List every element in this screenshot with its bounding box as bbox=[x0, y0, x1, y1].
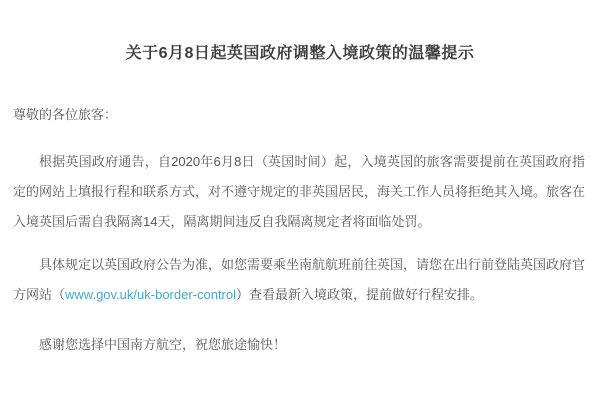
closing-line: 感谢您选择中国南方航空，祝您旅途愉快！ bbox=[13, 330, 585, 360]
notice-document: 关于6月8日起英国政府调整入境政策的温馨提示 尊敬的各位旅客： 根据英国政府通告… bbox=[0, 0, 600, 400]
greeting-line: 尊敬的各位旅客： bbox=[13, 100, 585, 130]
notice-title: 关于6月8日起英国政府调整入境政策的温馨提示 bbox=[0, 0, 600, 66]
paragraph-advice-after-link: ）查看最新入境政策，提前做好行程安排。 bbox=[236, 287, 483, 302]
paragraph-advice: 具体规定以英国政府公告为准，如您需要乘坐南航航班前往英国，请您在出行前登陆英国政… bbox=[13, 250, 585, 310]
notice-body: 尊敬的各位旅客： 根据英国政府通告，自2020年6月8日（英国时间）起，入境英国… bbox=[13, 100, 585, 360]
gov-uk-border-control-link[interactable]: www.gov.uk/uk-border-control bbox=[65, 287, 236, 302]
paragraph-policy: 根据英国政府通告，自2020年6月8日（英国时间）起，入境英国的旅客需要提前在英… bbox=[13, 147, 585, 237]
